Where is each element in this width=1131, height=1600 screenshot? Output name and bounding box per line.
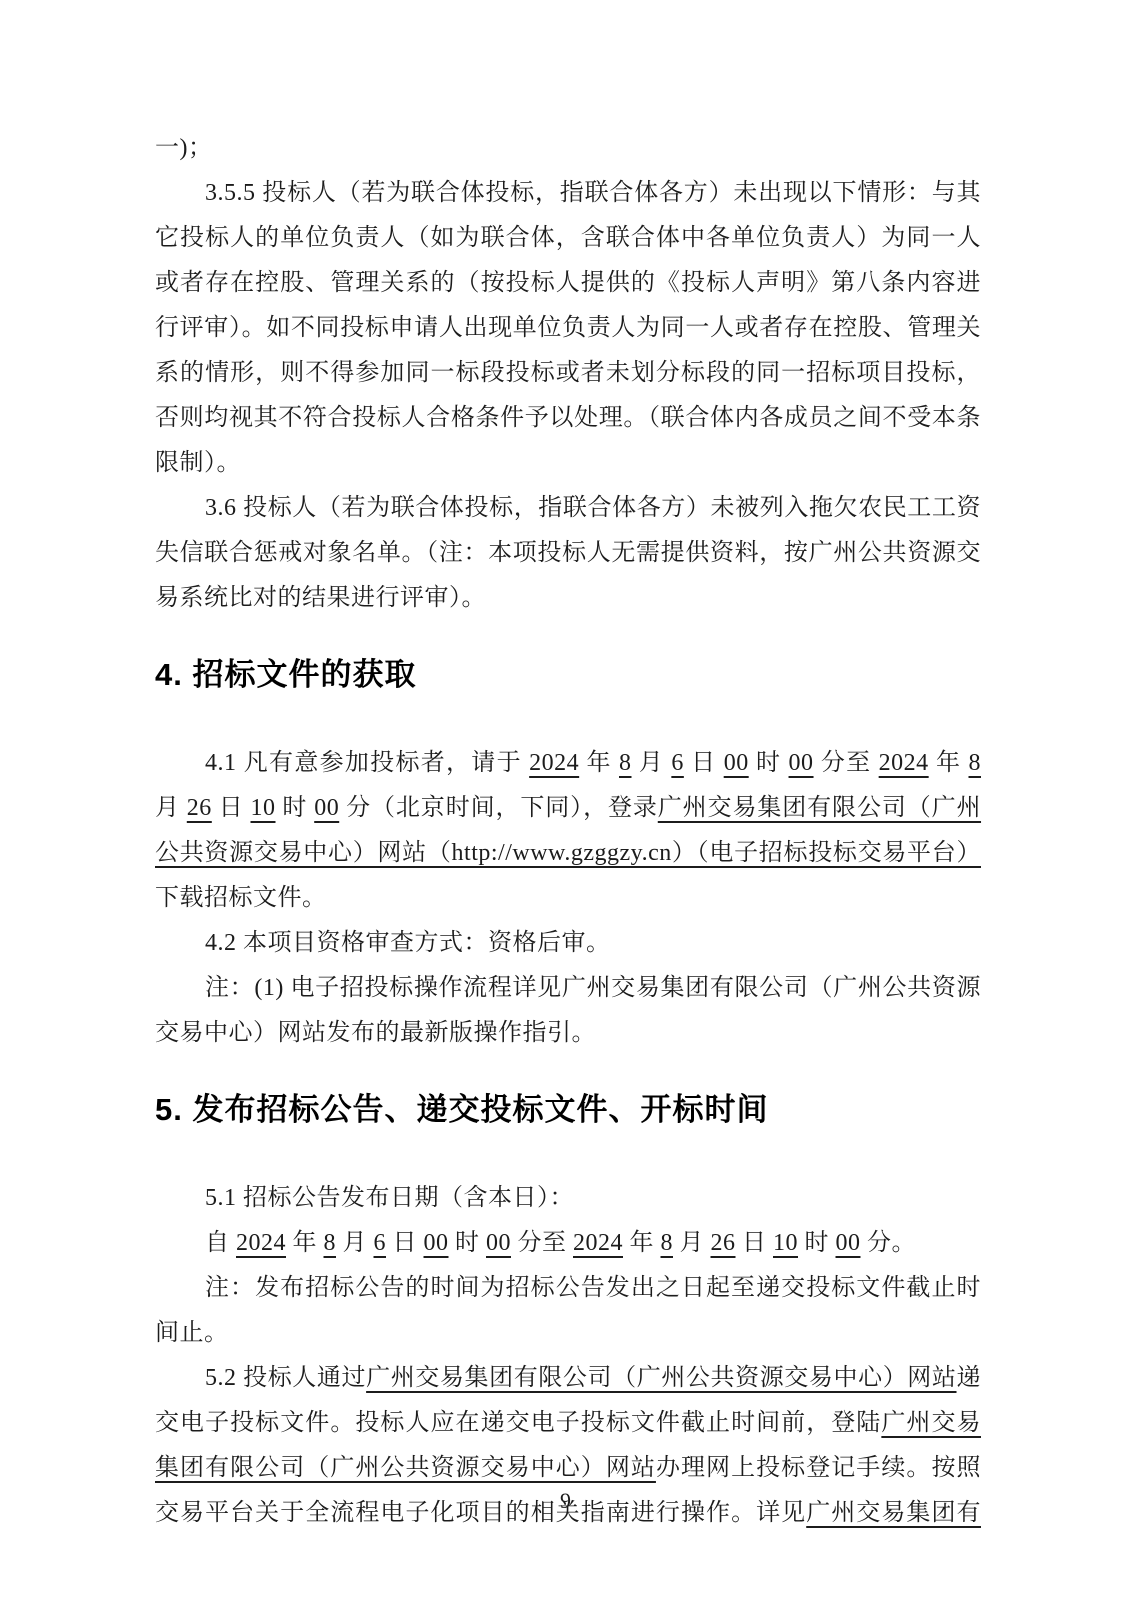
- text-run: 日: [386, 1230, 424, 1256]
- text-run: 年: [286, 1230, 324, 1256]
- underlined-text: 8: [619, 750, 632, 776]
- paragraph: 4.1 凡有意参加投标者，请于 2024 年 8 月 6 日 00 时 00 分…: [155, 741, 981, 921]
- text-run: 4.2 本项目资格审查方式：资格后审。: [205, 930, 611, 956]
- text-run: 月: [336, 1230, 374, 1256]
- text-run: 月: [673, 1230, 711, 1256]
- document-page: 一)；3.5.5 投标人（若为联合体投标，指联合体各方）未出现以下情形：与其它投…: [0, 0, 1131, 1600]
- text-run: 分。: [861, 1230, 917, 1256]
- paragraph: 5.1 招标公告发布日期（含本日）：: [155, 1176, 981, 1221]
- text-run: 4.1 凡有意参加投标者，请于: [205, 750, 529, 776]
- underlined-text: 广州交易集团有限公司（广州公共资源交易中心）网站: [366, 1365, 956, 1391]
- text-run: 5.1 招标公告发布日期（含本日）：: [205, 1185, 574, 1211]
- underlined-text: 00: [486, 1230, 511, 1256]
- text-run: 日: [684, 750, 724, 776]
- text-run: 4. 招标文件的获取: [155, 657, 416, 692]
- text-run: 分（北京时间，下同），登录: [339, 795, 658, 821]
- underlined-text: 6: [671, 750, 684, 776]
- text-run: 时: [749, 750, 789, 776]
- underlined-text: 00: [789, 750, 814, 776]
- underlined-text: 8: [324, 1230, 337, 1256]
- underlined-text: 00: [836, 1230, 861, 1256]
- underlined-text: 26: [187, 795, 212, 821]
- text-run: 注：发布招标公告的时间为招标公告发出之日起至递交投标文件截止时间止。: [155, 1275, 981, 1346]
- section-heading: 5. 发布招标公告、递交投标文件、开标时间: [155, 1090, 981, 1130]
- text-run: 5. 发布招标公告、递交投标文件、开标时间: [155, 1092, 768, 1127]
- underlined-text: 10: [251, 795, 276, 821]
- text-run: 年: [929, 750, 969, 776]
- underlined-text: 00: [724, 750, 749, 776]
- text-run: 时: [449, 1230, 487, 1256]
- underlined-text: 00: [314, 795, 339, 821]
- paragraph: 注：(1) 电子招投标操作流程详见广州交易集团有限公司（广州公共资源交易中心）网…: [155, 966, 981, 1056]
- text-run: 月: [632, 750, 672, 776]
- paragraph: 3.6 投标人（若为联合体投标，指联合体各方）未被列入拖欠农民工工资失信联合惩戒…: [155, 486, 981, 621]
- text-run: 日: [736, 1230, 774, 1256]
- underlined-text: 2024: [573, 1230, 623, 1256]
- text-run: 时: [798, 1230, 836, 1256]
- text-run: 时: [276, 795, 315, 821]
- underlined-text: 00: [424, 1230, 449, 1256]
- text-run: 下载招标文件。: [155, 885, 327, 911]
- text-run: 一)；: [155, 135, 213, 161]
- paragraph: 3.5.5 投标人（若为联合体投标，指联合体各方）未出现以下情形：与其它投标人的…: [155, 171, 981, 486]
- section-heading: 4. 招标文件的获取: [155, 655, 981, 695]
- underlined-text: 6: [374, 1230, 387, 1256]
- paragraph: 注：发布招标公告的时间为招标公告发出之日起至递交投标文件截止时间止。: [155, 1266, 981, 1356]
- text-run: 分至: [814, 750, 879, 776]
- page-number: 9: [0, 1488, 1131, 1514]
- text-run: 年: [579, 750, 619, 776]
- text-run: 3.6 投标人（若为联合体投标，指联合体各方）未被列入拖欠农民工工资失信联合惩戒…: [155, 495, 981, 611]
- document-body: 一)；3.5.5 投标人（若为联合体投标，指联合体各方）未出现以下情形：与其它投…: [155, 126, 981, 1536]
- underlined-text: 2024: [879, 750, 929, 776]
- text-run: 月: [155, 795, 187, 821]
- text-run: 注：(1) 电子招投标操作流程详见广州交易集团有限公司（广州公共资源交易中心）网…: [155, 975, 981, 1046]
- text-run: 年: [623, 1230, 661, 1256]
- text-run: 自: [205, 1230, 236, 1256]
- underlined-text: 26: [711, 1230, 736, 1256]
- underlined-text: 10: [773, 1230, 798, 1256]
- underlined-text: 8: [969, 750, 982, 776]
- underlined-text: 2024: [529, 750, 579, 776]
- underlined-text: 2024: [236, 1230, 286, 1256]
- paragraph: 一)；: [155, 126, 981, 171]
- underlined-text: 8: [661, 1230, 674, 1256]
- text-run: 日: [212, 795, 251, 821]
- paragraph: 4.2 本项目资格审查方式：资格后审。: [155, 921, 981, 966]
- text-run: 分至: [511, 1230, 573, 1256]
- paragraph: 自 2024 年 8 月 6 日 00 时 00 分至 2024 年 8 月 2…: [155, 1221, 981, 1266]
- text-run: 5.2 投标人通过: [205, 1365, 366, 1391]
- text-run: 3.5.5 投标人（若为联合体投标，指联合体各方）未出现以下情形：与其它投标人的…: [155, 180, 981, 476]
